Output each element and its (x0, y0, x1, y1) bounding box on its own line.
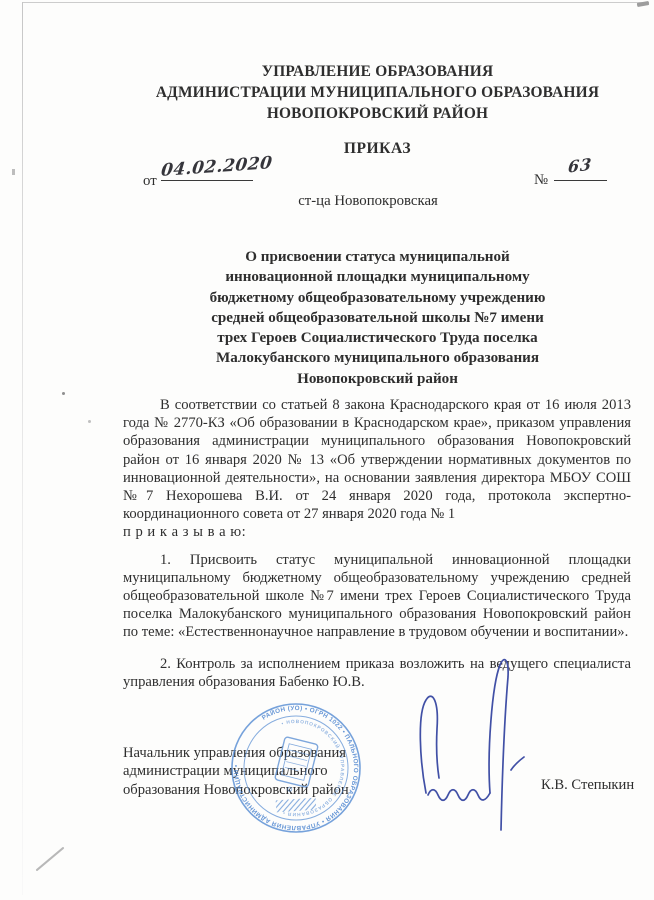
signature-ink-icon (412, 652, 530, 838)
order-item-2: 2. Контроль за исполнением приказа возло… (123, 655, 631, 691)
org-header-line-3: НОВОПОКРОВСКИЙ РАЙОН (123, 104, 632, 125)
intro-paragraph: В соответствии со статьей 8 закона Красн… (123, 396, 631, 523)
scan-speck (12, 169, 15, 175)
number-label: № (534, 172, 548, 189)
order-title-line: Малокубанского муниципального образовани… (123, 348, 632, 368)
org-header-line-2: АДМИНИСТРАЦИИ МУНИЦИПАЛЬНОГО ОБРАЗОВАНИЯ (123, 83, 632, 104)
order-title-line: бюджетному общеобразовательному учрежден… (123, 288, 632, 308)
order-title-line: инновационной площадки муниципальному (123, 267, 632, 287)
scan-pen-mark (36, 847, 65, 872)
scan-corner-mark (637, 1, 650, 7)
order-item-1: 1. Присвоить статус муниципальной иннова… (123, 551, 631, 642)
scan-speck (62, 392, 65, 395)
order-title-line: трех Героев Социалистического Труда посе… (123, 328, 632, 348)
order-title: О присвоении статуса муниципальной иннов… (123, 247, 632, 389)
scan-edge-top (22, 2, 649, 3)
scan-edge-left (22, 2, 23, 895)
decree-word: п р и к а з ы в а ю: (123, 523, 631, 541)
number-underline: 63 (554, 156, 607, 181)
scanned-order-document: УПРАВЛЕНИЕ ОБРАЗОВАНИЯ АДМИНИСТРАЦИИ МУН… (0, 0, 654, 900)
scan-speck (88, 420, 91, 423)
signer-name: К.В. Степыкин (541, 777, 634, 794)
handwritten-signature (412, 652, 530, 838)
org-header-line-1: УПРАВЛЕНИЕ ОБРАЗОВАНИЯ (123, 62, 632, 83)
issue-place: ст-ца Новопокровская (123, 193, 613, 210)
handwritten-date: 04.02.2020 (160, 153, 273, 181)
date-underline: 04.02.2020 (161, 157, 253, 181)
order-body: В соответствии со статьей 8 закона Красн… (123, 396, 631, 691)
org-header: УПРАВЛЕНИЕ ОБРАЗОВАНИЯ АДМИНИСТРАЦИИ МУН… (123, 62, 632, 124)
order-title-line: О присвоении статуса муниципальной (123, 247, 632, 267)
stamp-emblem-icon (273, 737, 319, 796)
handwritten-number: 63 (568, 154, 594, 176)
official-round-stamp: РАЙОН (УО) • ОГРН 1022 • ПАЛЬНОГО ОБРАЗО… (228, 700, 364, 836)
stamp-seal-icon: РАЙОН (УО) • ОГРН 1022 • ПАЛЬНОГО ОБРАЗО… (228, 700, 364, 836)
order-title-line: средней общеобразовательной школы №7 име… (123, 308, 632, 328)
order-title-line: Новопокровский район (123, 369, 632, 389)
date-label: от (143, 173, 157, 190)
